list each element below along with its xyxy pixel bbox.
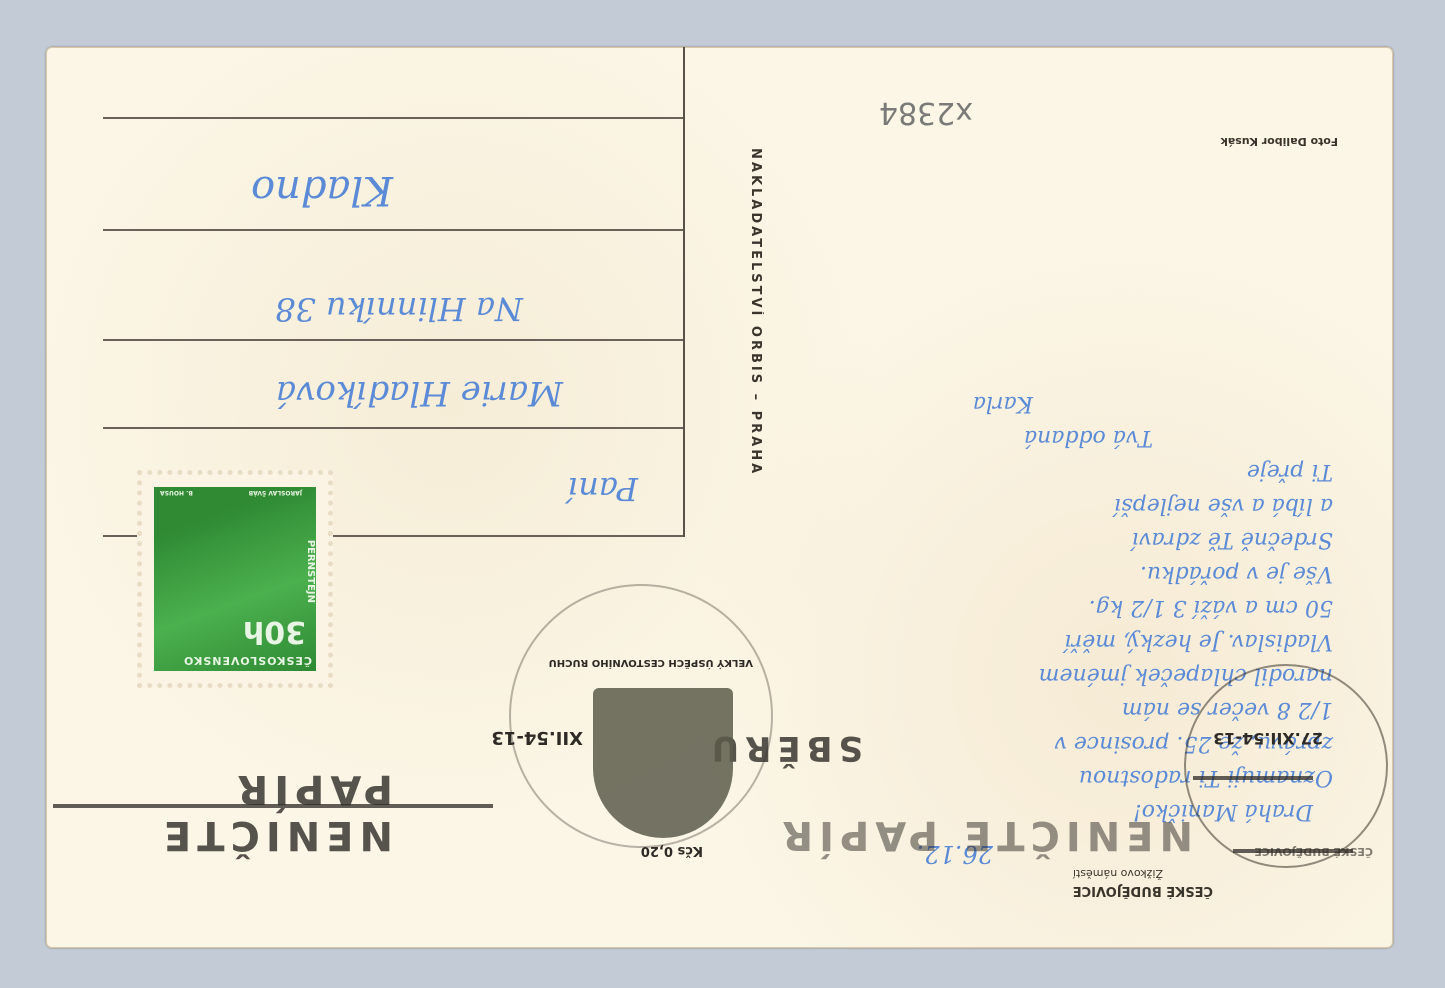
date-postmark-text: 27.XII.54-13 — [1213, 729, 1323, 748]
meter-postmark-emblem — [593, 688, 733, 838]
message-line: Karla — [493, 386, 1033, 420]
date-postmark-ring-text: ČESKÉ BUDĚJOVICE — [1254, 845, 1373, 858]
address-line — [103, 229, 683, 231]
postcard-content-rotated: NAKLADATELSTVÍ ORBIS – PRAHA Foto Dalibo… — [46, 47, 1393, 948]
stamp-subject: PERNŠTEJN — [305, 540, 316, 603]
message-line: Srdečně Tě zdraví — [793, 522, 1333, 556]
address-line-1: Paní — [568, 470, 638, 508]
address-line-4: Kladno — [251, 167, 393, 213]
stamp-country: ČESKOSLOVENSKO — [183, 654, 312, 667]
meter-postmark-date: XII.54-13 — [491, 727, 583, 748]
address-line — [103, 427, 683, 429]
slogan-cancel-left: NENIČTE PAPÍR — [46, 766, 393, 858]
stamp-designer: JAROSLAV ŠVÁB — [249, 489, 302, 496]
photo-credit: Foto Dalibor Kusák — [1221, 135, 1339, 148]
stamp-value: 30h — [243, 614, 306, 649]
address-line — [103, 339, 683, 341]
postage-stamp: ČESKOSLOVENSKO 30h PERNŠTEJN JAROSLAV ŠV… — [137, 470, 333, 688]
message-line: Tvá oddaná — [613, 420, 1153, 454]
inventory-mark: x2384 — [879, 95, 973, 130]
cancel-bar — [53, 804, 493, 808]
place-subtitle: Žižkovo náměstí — [1073, 867, 1163, 880]
address-line — [103, 117, 683, 119]
slogan-cancel-right: NENIČTE PAPÍR — [753, 812, 1193, 858]
message-line: Vše je v pořádku. — [793, 556, 1333, 590]
message-line: a líbá a vše nejlepší — [793, 488, 1333, 522]
message-line: 50 cm a váží 3 1/2 kg. — [793, 590, 1333, 624]
date-postmark-ring — [1184, 664, 1388, 868]
meter-postmark-value: Kčs 0,20 — [641, 843, 703, 858]
place-name: ČESKÉ BUDĚJOVICE — [1073, 883, 1213, 898]
message-line: Ti přeje — [793, 454, 1333, 488]
stamp-engraver: B. HOUSA — [160, 489, 193, 496]
stamp-image: ČESKOSLOVENSKO 30h PERNŠTEJN JAROSLAV ŠV… — [154, 487, 316, 671]
postcard-back: NAKLADATELSTVÍ ORBIS – PRAHA Foto Dalibo… — [46, 47, 1393, 948]
address-line-3: Na Hlinníku 38 — [275, 290, 523, 328]
meter-postmark-text: VELKÝ ÚSPĚCH CESTOVNÍHO RUCHU — [549, 657, 753, 668]
message-line: Vladislav. Je hezký, měří — [793, 624, 1333, 658]
